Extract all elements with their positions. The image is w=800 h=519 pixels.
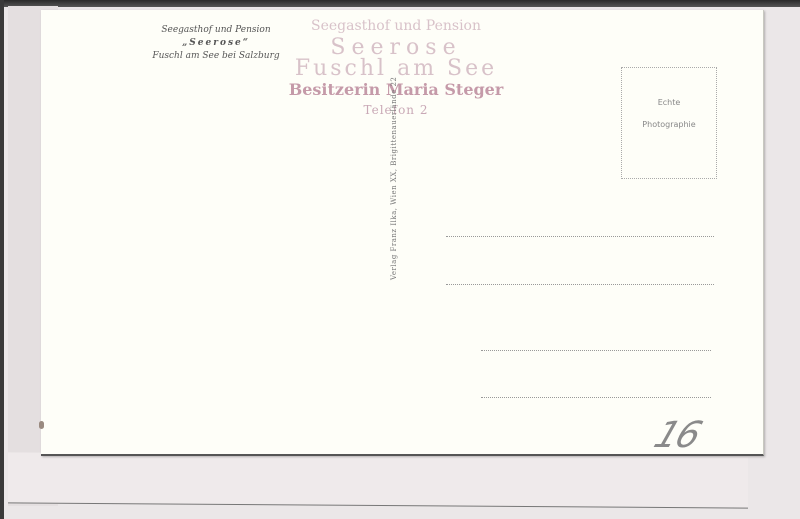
stamp-placeholder-box: Echte Photographie	[621, 67, 717, 179]
stamp-box-line-1: Echte	[622, 98, 716, 107]
stamp-box-line-2: Photographie	[622, 120, 716, 129]
sender-block: Seegasthof und Pension „Seerose“ Fuschl …	[141, 24, 291, 63]
address-line	[481, 350, 711, 351]
scan-left-edge	[0, 0, 4, 519]
handwritten-number: 16	[649, 415, 706, 456]
postcard-back: Seegasthof und Pension „Seerose“ Fuschl …	[41, 10, 764, 456]
sender-line-1: Seegasthof und Pension	[141, 24, 291, 37]
sender-line-2: „Seerose“	[141, 37, 291, 50]
address-line	[481, 397, 711, 398]
scan-top-edge	[0, 0, 800, 7]
sender-line-3: Fuschl am See bei Salzburg	[141, 50, 291, 63]
stamp-line-1: Seegasthof und Pension	[276, 16, 516, 37]
address-line	[446, 284, 714, 285]
address-line	[446, 236, 714, 237]
background-card-bottom	[8, 452, 748, 508]
ink-spot	[39, 421, 44, 429]
publisher-vertical-text: Verlag Franz Ilka, Wien XX, Brigittenaue…	[390, 40, 398, 280]
